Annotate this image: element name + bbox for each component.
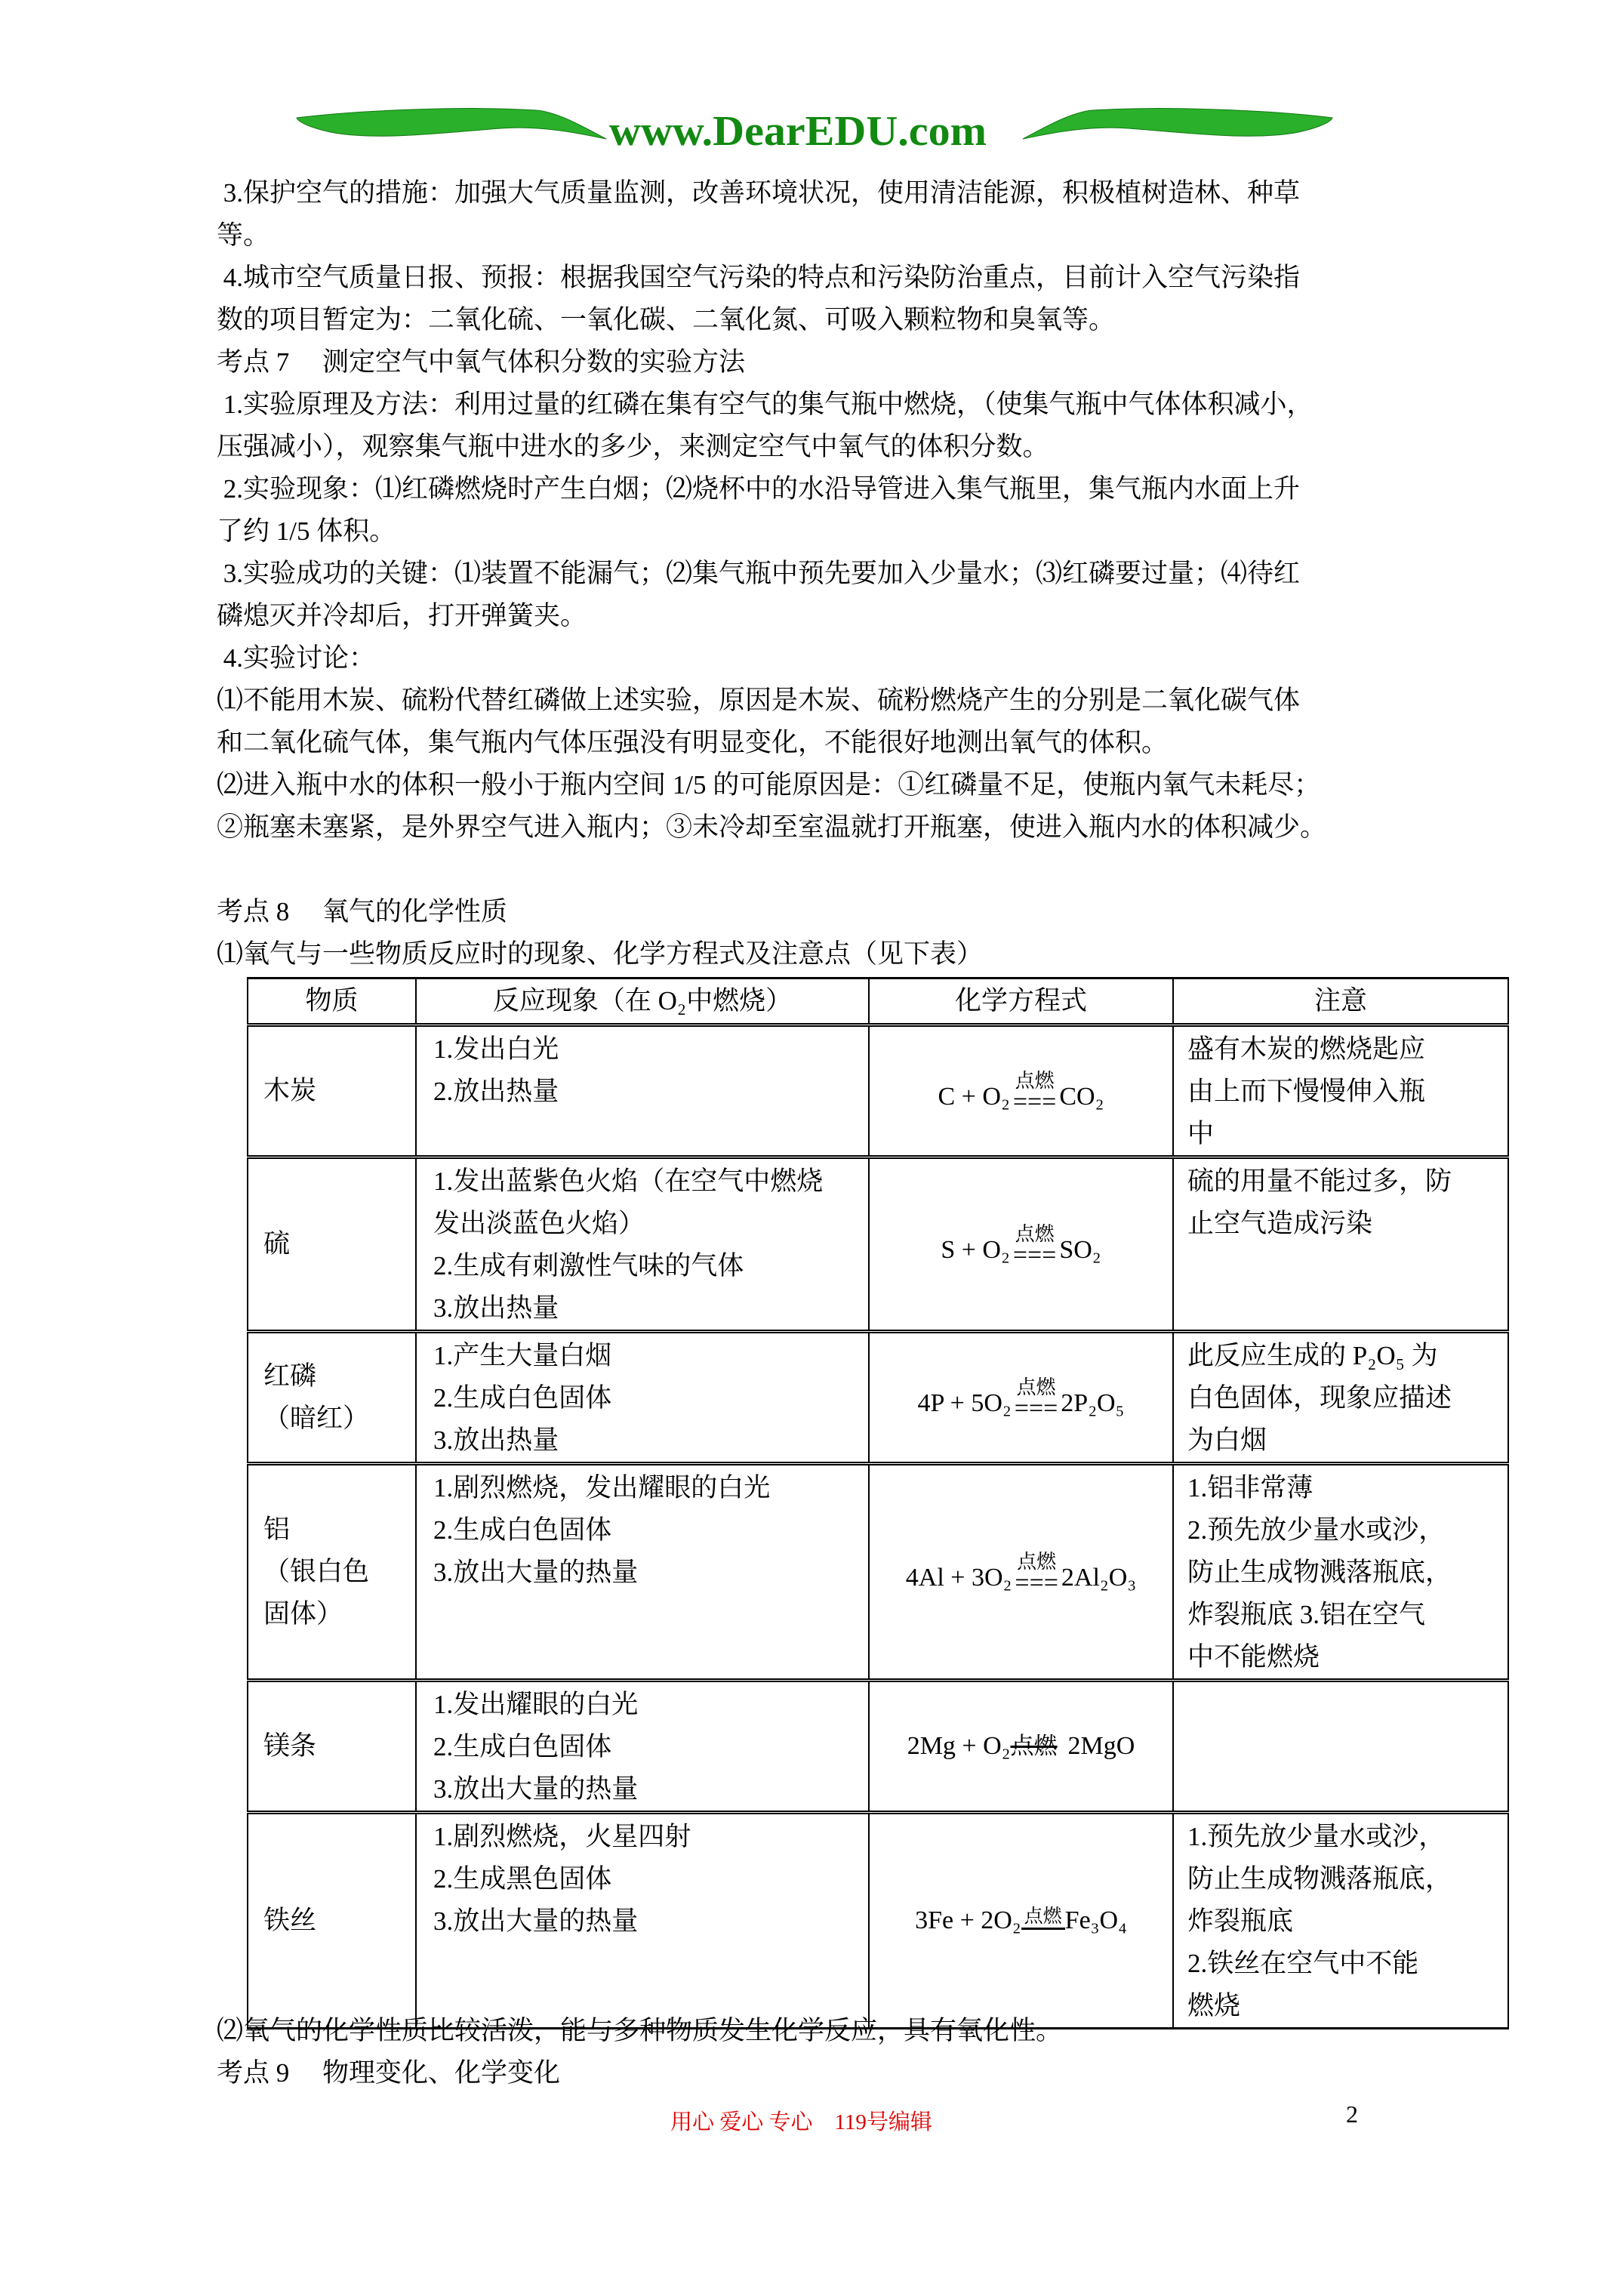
chemical-equation: 3Fe + 2O₂点燃Fe₃O₄ (870, 1906, 1172, 1935)
equation-right: 2Al₂O₃ (1061, 1563, 1136, 1592)
blank-line (217, 849, 1512, 891)
substance-cell: 铝 （银白色 固体） (248, 1464, 416, 1681)
section-heading-kaodian-8: 考点 8 氧气的化学性质 (217, 891, 1512, 933)
equation-cell: 2Mg + O₂点燃2MgO (869, 1681, 1173, 1813)
equation-left: S + O₂ (941, 1235, 1010, 1265)
table-row-aluminum: 铝 （银白色 固体） 1.剧烈燃烧，发出耀眼的白光 2.生成白色固体 3.放出大… (248, 1464, 1508, 1681)
text-line: ②瓶塞未塞紧，是外界空气进入瓶内；③未冷却至室温就打开瓶塞，使进入瓶内水的体积减… (217, 806, 1512, 849)
table-row-red-phosphorus: 红磷 （暗红） 1.产生大量白烟 2.生成白色固体 3.放出热量 4P + 5O… (248, 1332, 1508, 1464)
substance-cell: 木炭 (248, 1025, 416, 1157)
equation-arrow: === (1015, 1573, 1058, 1593)
logo-graphic: www.DearEDU.com (291, 91, 1340, 166)
logo-right-swoosh-icon (1023, 109, 1332, 139)
header-logo: www.DearEDU.com (291, 91, 1340, 166)
phenomena-cell: 1.产生大量白烟 2.生成白色固体 3.放出热量 (416, 1332, 869, 1464)
after-table-text: ⑵氧气的化学性质比较活泼，能与多种物质发生化学反应，具有氧化性。 考点 9 物理… (217, 2010, 1512, 2094)
equation-cell: S + O₂点燃===SO₂ (869, 1157, 1173, 1332)
text-line: 了约 1/5 体积。 (217, 510, 1512, 553)
equation-right: 2P₂O₅ (1061, 1388, 1124, 1418)
page-number: 2 (1346, 2100, 1358, 2128)
body-text-block: 3.保护空气的措施：加强大气质量监测，改善环境状况，使用清洁能源，积极植树造林、… (217, 172, 1512, 975)
header-note: 注意 (1173, 978, 1508, 1025)
text-line: 1.实验原理及方法：利用过量的红磷在集有空气的集气瓶中燃烧，（使集气瓶中气体体积… (217, 384, 1512, 426)
footer-motto: 用心 爱心 专心 119号编辑 (670, 2105, 932, 2136)
text-line: 等。 (217, 214, 1512, 257)
note-cell: 盛有木炭的燃烧匙应 由上而下慢慢伸入瓶 中 (1173, 1025, 1508, 1157)
equation-cell: 3Fe + 2O₂点燃Fe₃O₄ (869, 1813, 1173, 2029)
equation-left: C + O₂ (938, 1082, 1010, 1111)
equation-left: 4P + 5O₂ (918, 1388, 1012, 1418)
text-line: 4.实验讨论： (217, 637, 1512, 680)
phenomena-cell: 1.发出耀眼的白光 2.生成白色固体 3.放出大量的热量 (416, 1681, 869, 1813)
note-cell: 1.铝非常薄 2.预先放少量水或沙， 防止生成物溅落瓶底， 炸裂瓶底 3.铝在空… (1173, 1464, 1508, 1681)
section-heading-kaodian-7: 考点 7 测定空气中氧气体积分数的实验方法 (217, 341, 1512, 384)
equation-right: CO₂ (1059, 1082, 1104, 1111)
note-cell: 此反应生成的 P₂O₅ 为 白色固体，现象应描述 为白烟 (1173, 1332, 1508, 1464)
note-cell (1173, 1681, 1508, 1813)
text-line: ⑵氧气的化学性质比较活泼，能与多种物质发生化学反应，具有氧化性。 (217, 2010, 1512, 2052)
text-line: 数的项目暂定为：二氧化硫、一氧化碳、二氧化氮、可吸入颗粒物和臭氧等。 (217, 299, 1512, 341)
table-header-row: 物质 反应现象（在 O₂中燃烧） 化学方程式 注意 (248, 978, 1508, 1025)
equation-cell: 4P + 5O₂点燃===2P₂O₅ (869, 1332, 1173, 1464)
equation-left: 4Al + 3O₂ (906, 1563, 1012, 1592)
equation-left: 2Mg + O₂ (907, 1731, 1011, 1761)
equation-cell: 4Al + 3O₂点燃===2Al₂O₃ (869, 1464, 1173, 1681)
text-line: ⑴氧气与一些物质反应时的现象、化学方程式及注意点（见下表） (217, 933, 1512, 975)
equation-arrow: === (1013, 1246, 1057, 1265)
chemical-equation: 4Al + 3O₂点燃===2Al₂O₃ (870, 1552, 1172, 1592)
document-page: www.DearEDU.com 3.保护空气的措施：加强大气质量监测，改善环境状… (0, 0, 1623, 2296)
chemical-equation: C + O₂点燃===CO₂ (870, 1071, 1172, 1111)
substance-cell: 铁丝 (248, 1813, 416, 2029)
equation-arrow: === (1015, 1399, 1058, 1419)
substance-cell: 镁条 (248, 1681, 416, 1813)
text-line: ⑵进入瓶中水的体积一般小于瓶内空间 1/5 的可能原因是：①红磷量不足，使瓶内氧… (217, 764, 1512, 806)
logo-left-swoosh-icon (297, 109, 606, 139)
note-cell: 硫的用量不能过多，防 止空气造成污染 (1173, 1157, 1508, 1332)
equation-right: Fe₃O₄ (1065, 1906, 1127, 1935)
equation-right: 2MgO (1068, 1731, 1135, 1761)
text-line: 2.实验现象：⑴红磷燃烧时产生白烟；⑵烧杯中的水沿导管进入集气瓶里，集气瓶内水面… (217, 468, 1512, 510)
header-equation: 化学方程式 (869, 978, 1173, 1025)
equation-arrow: === (1013, 1093, 1057, 1112)
phenomena-cell: 1.发出蓝紫色火焰（在空气中燃烧 发出淡蓝色火焰） 2.生成有刺激性气味的气体 … (416, 1157, 869, 1332)
table-row-magnesium: 镁条 1.发出耀眼的白光 2.生成白色固体 3.放出大量的热量 2Mg + O₂… (248, 1681, 1508, 1813)
text-line: 压强减小），观察集气瓶中进水的多少，来测定空气中氧气的体积分数。 (217, 426, 1512, 468)
ignite-condition: 点燃 (1011, 1734, 1058, 1759)
chemical-equation: S + O₂点燃===SO₂ (870, 1224, 1172, 1265)
text-line: 4.城市空气质量日报、预报：根据我国空气污染的特点和污染防治重点，目前计入空气污… (217, 257, 1512, 299)
text-line: 3.实验成功的关键：⑴装置不能漏气；⑵集气瓶中预先要加入少量水；⑶红磷要过量；⑷… (217, 553, 1512, 595)
equation-right: SO₂ (1059, 1235, 1101, 1265)
substance-cell: 红磷 （暗红） (248, 1332, 416, 1464)
table-row-charcoal: 木炭 1.发出白光 2.放出热量 C + O₂点燃===CO₂ 盛有木炭的燃烧匙… (248, 1025, 1508, 1157)
phenomena-cell: 1.剧烈燃烧，发出耀眼的白光 2.生成白色固体 3.放出大量的热量 (416, 1464, 869, 1681)
text-line: 和二氧化硫气体，集气瓶内气体压强没有明显变化，不能很好地测出氧气的体积。 (217, 722, 1512, 764)
equation-cell: C + O₂点燃===CO₂ (869, 1025, 1173, 1157)
logo-text: www.DearEDU.com (609, 108, 987, 155)
section-heading-kaodian-9: 考点 9 物理变化、化学变化 (217, 2052, 1512, 2094)
oxygen-reactions-table: 物质 反应现象（在 O₂中燃烧） 化学方程式 注意 木炭 1.发出白光 2.放出… (247, 977, 1509, 2029)
equation-left: 3Fe + 2O₂ (915, 1906, 1021, 1935)
header-phenomena: 反应现象（在 O₂中燃烧） (416, 978, 869, 1025)
header-substance: 物质 (248, 978, 416, 1025)
table-row-sulfur: 硫 1.发出蓝紫色火焰（在空气中燃烧 发出淡蓝色火焰） 2.生成有刺激性气味的气… (248, 1157, 1508, 1332)
text-line: ⑴不能用木炭、硫粉代替红磷做上述实验，原因是木炭、硫粉燃烧产生的分别是二氧化碳气… (217, 680, 1512, 722)
note-cell: 1.预先放少量水或沙， 防止生成物溅落瓶底， 炸裂瓶底 2.铁丝在空气中不能 燃… (1173, 1813, 1508, 2029)
text-line: 磷熄灭并冷却后，打开弹簧夹。 (217, 595, 1512, 637)
table-row-iron-wire: 铁丝 1.剧烈燃烧，火星四射 2.生成黑色固体 3.放出大量的热量 3Fe + … (248, 1813, 1508, 2029)
phenomena-cell: 1.剧烈燃烧，火星四射 2.生成黑色固体 3.放出大量的热量 (416, 1813, 869, 2029)
substance-cell: 硫 (248, 1157, 416, 1332)
phenomena-cell: 1.发出白光 2.放出热量 (416, 1025, 869, 1157)
chemical-equation: 2Mg + O₂点燃2MgO (870, 1731, 1172, 1761)
ignite-condition: 点燃 (1021, 1906, 1065, 1930)
chemical-equation: 4P + 5O₂点燃===2P₂O₅ (870, 1377, 1172, 1418)
text-line: 3.保护空气的措施：加强大气质量监测，改善环境状况，使用清洁能源，积极植树造林、… (217, 172, 1512, 214)
